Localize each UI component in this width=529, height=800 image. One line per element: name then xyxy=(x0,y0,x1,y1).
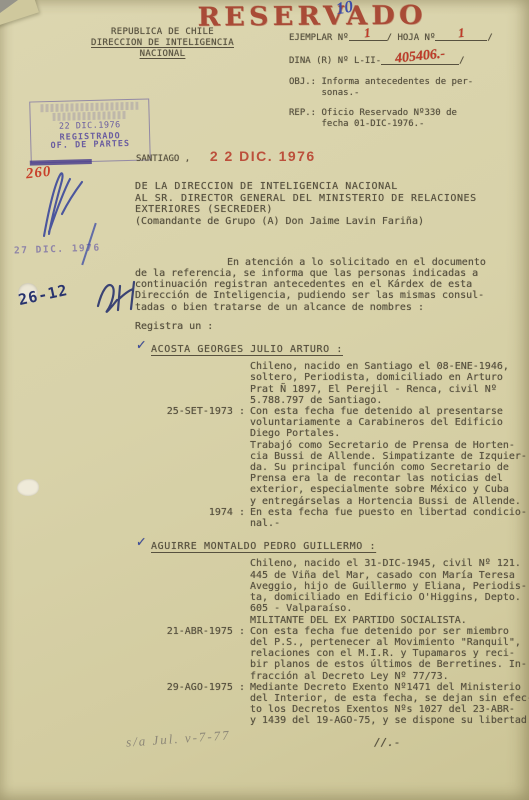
document-meta-block: EJEMPLAR Nº1/ HOJA Nº1/ DINA (R) Nº L-II… xyxy=(289,30,514,130)
dina-blank: 405406.- xyxy=(381,54,459,65)
row-date: 21-ABR-1975 : xyxy=(135,626,245,637)
hoja-end-slash: / xyxy=(487,33,492,43)
entry-row: 1974 : En esta fecha fue puesto en liber… xyxy=(135,507,527,529)
letterhead-country: REPUBLICA DE CHILE xyxy=(70,27,255,38)
registry-stamp-oficina: OF. DE PARTES xyxy=(31,138,149,152)
entry-heading: ✓AGUIRRE MONTALDO PEDRO GUILLERMO : xyxy=(151,541,527,552)
ejemplar-label: EJEMPLAR Nº xyxy=(289,33,349,43)
letterhead: REPUBLICA DE CHILE DIRECCION DE INTELIGE… xyxy=(70,27,255,60)
row-date: 1974 : xyxy=(135,507,245,518)
row-text: Con esta fecha fue detenido al presentar… xyxy=(250,406,527,507)
to-line-3: (Comandante de Grupo (A) Don Jaime Lavin… xyxy=(135,216,527,227)
rep-field: REP.: Oficio Reservado Nº330 de fecha 01… xyxy=(289,108,514,130)
row-date: 25-SET-1973 : xyxy=(135,406,245,417)
row-date: 29-AGO-1975 : xyxy=(135,682,245,693)
pencil-margin-note: s/a Jul. v-7-77 xyxy=(126,727,232,750)
registra-line: Registra un : xyxy=(135,321,527,332)
from-line: DE LA DIRECCION DE INTELIGENCIA NACIONAL xyxy=(135,181,527,192)
entry-row: 25-SET-1973 : Con esta fecha fue detenid… xyxy=(135,406,527,507)
dina-value-handwritten: 405406.- xyxy=(395,48,446,64)
to-line-2: EXTERIORES (SECREDER) xyxy=(135,204,527,215)
scanned-document-page: RESERVADO 10 REPUBLICA DE CHILE DIRECCIO… xyxy=(0,0,529,800)
ejemplar-blank: 1 xyxy=(349,30,387,41)
city-label: SANTIAGO , xyxy=(136,154,190,164)
entry-heading: ✓ACOSTA GEORGES JULIO ARTURO : xyxy=(151,344,527,355)
page-end-mark: //.- xyxy=(374,736,401,749)
intro-paragraph: En atención a lo solicitado en el docume… xyxy=(135,257,527,313)
scan-corner-shadow xyxy=(0,0,18,13)
dina-label: DINA (R) Nº L-II- xyxy=(289,56,381,66)
hoja-value-handwritten: 1 xyxy=(458,27,466,39)
record-entry-aguirre: ✓AGUIRRE MONTALDO PEDRO GUILLERMO : Chil… xyxy=(135,541,527,726)
entry-row: 29-AGO-1975 : Mediante Decreto Exento Nº… xyxy=(135,682,527,727)
correction-blot xyxy=(17,479,39,496)
document-body: DE LA DIRECCION DE INTELIGENCIA NACIONAL… xyxy=(135,181,527,727)
handwritten-number-top: 10 xyxy=(334,0,354,19)
checkmark-annotation: ✓ xyxy=(136,535,146,550)
place-and-date-line: SANTIAGO , 2 2 DIC. 1976 xyxy=(136,146,316,165)
row-text: Chileno, nacido el 31-DIC-1945, civil Nº… xyxy=(250,558,527,625)
record-entry-acosta: ✓ACOSTA GEORGES JULIO ARTURO : Chileno, … xyxy=(135,344,527,529)
date-stamp: 2 2 DIC. 1976 xyxy=(210,148,316,164)
entry-row: Chileno, nacido el 31-DIC-1945, civil Nº… xyxy=(135,558,527,625)
person-name: AGUIRRE MONTALDO PEDRO GUILLERMO : xyxy=(151,541,376,552)
row-text: Mediante Decreto Exento Nº1471 del Minis… xyxy=(250,682,527,727)
signature-scribble xyxy=(34,170,86,242)
person-name: ACOSTA GEORGES JULIO ARTURO : xyxy=(151,344,343,355)
hoja-blank: 1 xyxy=(435,30,487,41)
entry-row: 21-ABR-1975 : Con esta fecha fue detenid… xyxy=(135,626,527,682)
dina-number-row: DINA (R) Nº L-II-405406.-/ xyxy=(289,54,514,67)
ejemplar-hoja-row: EJEMPLAR Nº1/ HOJA Nº1/ xyxy=(289,30,514,44)
ejemplar-value-handwritten: 1 xyxy=(364,27,372,39)
checkmark-annotation: ✓ xyxy=(136,338,146,353)
dina-end-slash: / xyxy=(459,56,464,66)
to-line-1: AL SR. DIRECTOR GENERAL DEL MINISTERIO D… xyxy=(135,193,527,204)
row-text: Chileno, nacido en Santiago el 08-ENE-19… xyxy=(250,361,527,406)
entry-row: Chileno, nacido en Santiago el 08-ENE-19… xyxy=(135,361,527,406)
registry-stamp: 22 DIC.1976 REGISTRADO OF. DE PARTES xyxy=(29,98,151,163)
obj-field: OBJ.: Informa antecedentes de per- sonas… xyxy=(289,77,514,99)
row-text: Con esta fecha fue detenido por ser miem… xyxy=(250,626,527,682)
hoja-label: / HOJA Nº xyxy=(387,33,436,43)
letterhead-agency: DIRECCION DE INTELIGENCIA NACIONAL xyxy=(70,38,255,60)
row-text: En esta fecha fue puesto en libertad con… xyxy=(250,507,527,529)
